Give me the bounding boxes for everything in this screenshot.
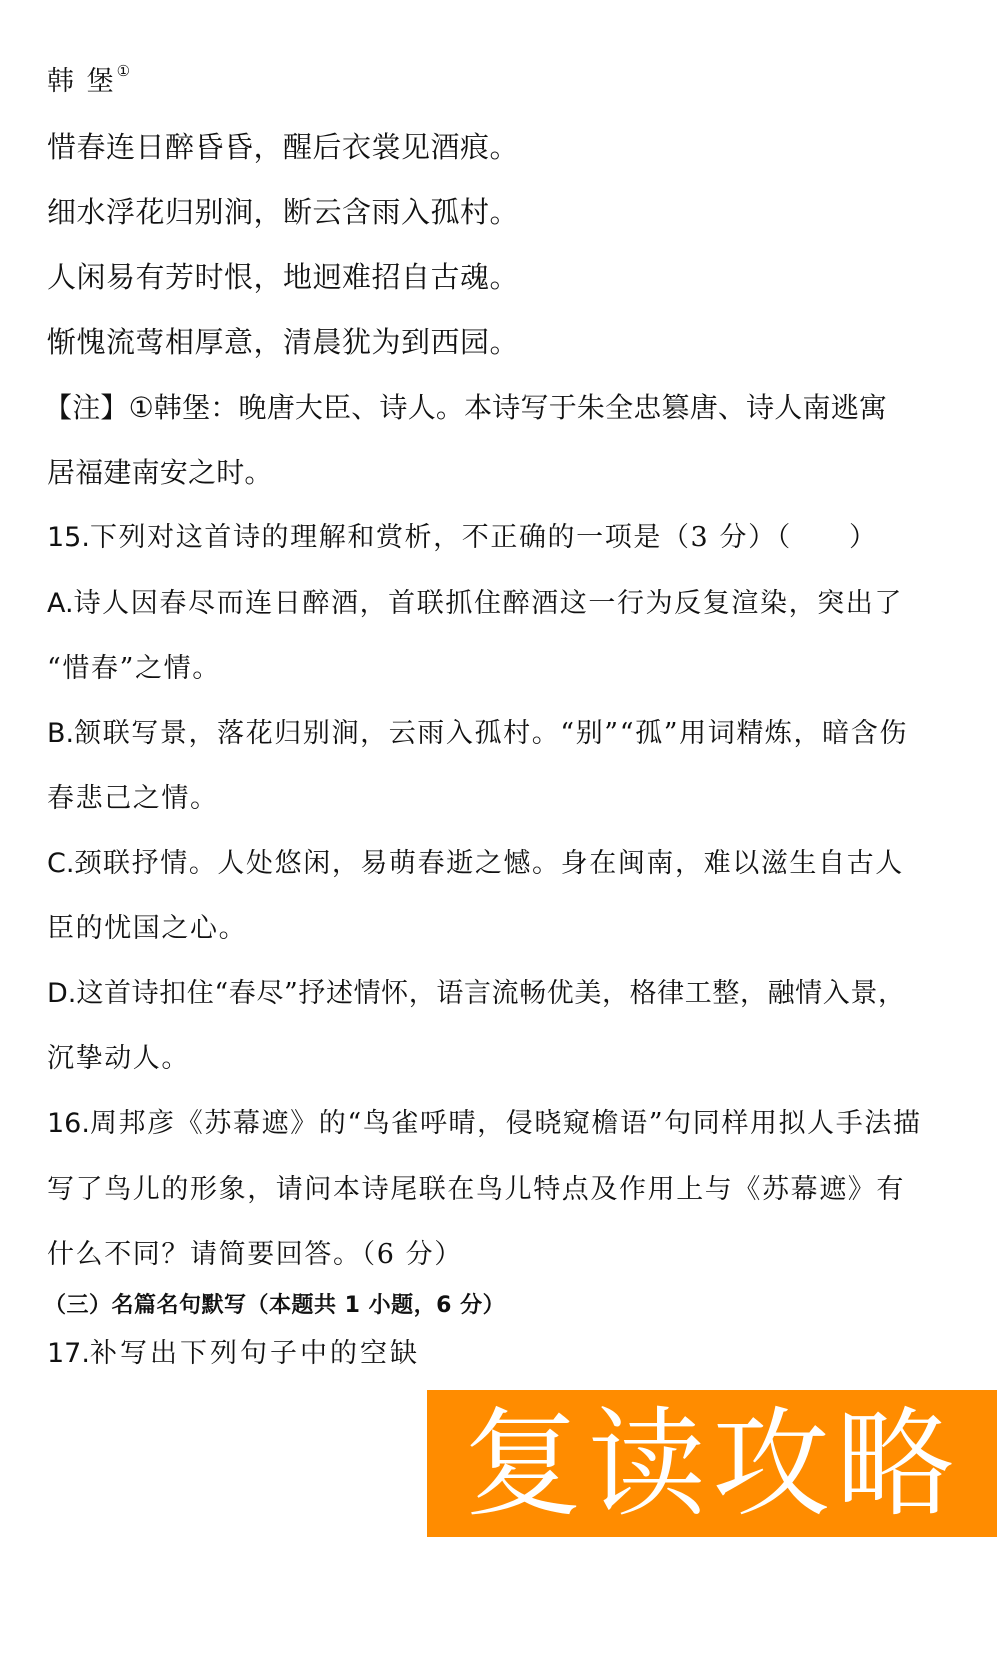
option-b-line-2: 春悲己之情。	[47, 785, 219, 812]
question-text: 补写出下列句子中的空缺	[90, 1338, 420, 1369]
watermark-text: 复读攻略	[464, 1405, 960, 1523]
question-text: 周邦彦《苏幕遮》的“鸟雀呼晴，侵晓窥檐语”句同样用拟人手法描	[90, 1108, 922, 1139]
poem-line-3: 人闲易有芳时恨，地迥难招自古魂。	[47, 263, 519, 292]
question-number: 16.	[47, 1108, 90, 1139]
question-16-line-1: 16.周邦彦《苏幕遮》的“鸟雀呼晴，侵晓窥檐语”句同样用拟人手法描	[47, 1110, 922, 1137]
poem-line-4: 惭愧流莺相厚意，清晨犹为到西园。	[47, 328, 519, 357]
question-17-stem: 17.补写出下列句子中的空缺	[47, 1340, 420, 1367]
option-d-line-1: D.这首诗扣住“春尽”抒述情怀，语言流畅优美，格律工整，融情入景，	[47, 980, 906, 1007]
option-letter: D.	[47, 978, 76, 1009]
footnote-line-1: 【注】①韩堡：晚唐大臣、诗人。本诗写于朱全忠篡唐、诗人南逃寓	[44, 394, 887, 422]
question-15-stem: 15.下列对这首诗的理解和赏析，不正确的一项是（3 分）（ ）	[47, 524, 878, 551]
option-c-line-1: C.颈联抒情。人处悠闲，易萌春逝之憾。身在闽南，难以滋生自古人	[47, 850, 904, 877]
question-16-line-2: 写了鸟儿的形象，请问本诗尾联在鸟儿特点及作用上与《苏幕遮》有	[47, 1176, 905, 1203]
option-letter: B.	[47, 718, 74, 749]
question-16-line-3: 什么不同？请简要回答。（6 分）	[47, 1241, 463, 1268]
footnote-marker: ①	[117, 62, 132, 80]
question-text: 下列对这首诗的理解和赏析，不正确的一项是（3 分）（ ）	[90, 522, 878, 553]
option-b-line-1: B.颔联写景，落花归别涧，云雨入孤村。“别”“孤”用词精炼，暗含伤	[47, 720, 908, 747]
section-heading: （三）名篇名句默写（本题共 1 小题，6 分）	[44, 1295, 505, 1317]
option-text: 颈联抒情。人处悠闲，易萌春逝之憾。身在闽南，难以滋生自古人	[74, 848, 903, 879]
question-number: 15.	[47, 522, 90, 553]
footnote-line-2: 居福建南安之时。	[47, 459, 273, 487]
watermark-banner: 复读攻略	[427, 1390, 997, 1537]
option-text: 诗人因春尽而连日醉酒，首联抓住醉酒这一行为反复渲染，突出了	[74, 588, 903, 619]
option-letter: C.	[47, 848, 74, 879]
option-c-line-2: 臣的忧国之心。	[47, 915, 247, 942]
author-name: 韩 堡	[47, 66, 116, 97]
option-a-line-2: “惜春”之情。	[47, 655, 221, 682]
question-number: 17.	[47, 1338, 90, 1369]
poem-line-1: 惜春连日醉昏昏，醒后衣裳见酒痕。	[47, 133, 519, 162]
option-letter: A.	[47, 588, 74, 619]
option-text: 颔联写景，落花归别涧，云雨入孤村。“别”“孤”用词精炼，暗含伤	[74, 718, 908, 749]
poem-line-2: 细水浮花归别涧，断云含雨入孤村。	[47, 198, 519, 227]
option-text: 这首诗扣住“春尽”抒述情怀，语言流畅优美，格律工整，融情入景，	[76, 978, 905, 1009]
poem-author: 韩 堡①	[47, 68, 132, 95]
option-a-line-1: A.诗人因春尽而连日醉酒，首联抓住醉酒这一行为反复渲染，突出了	[47, 590, 903, 617]
option-d-line-2: 沉挚动人。	[47, 1045, 190, 1072]
